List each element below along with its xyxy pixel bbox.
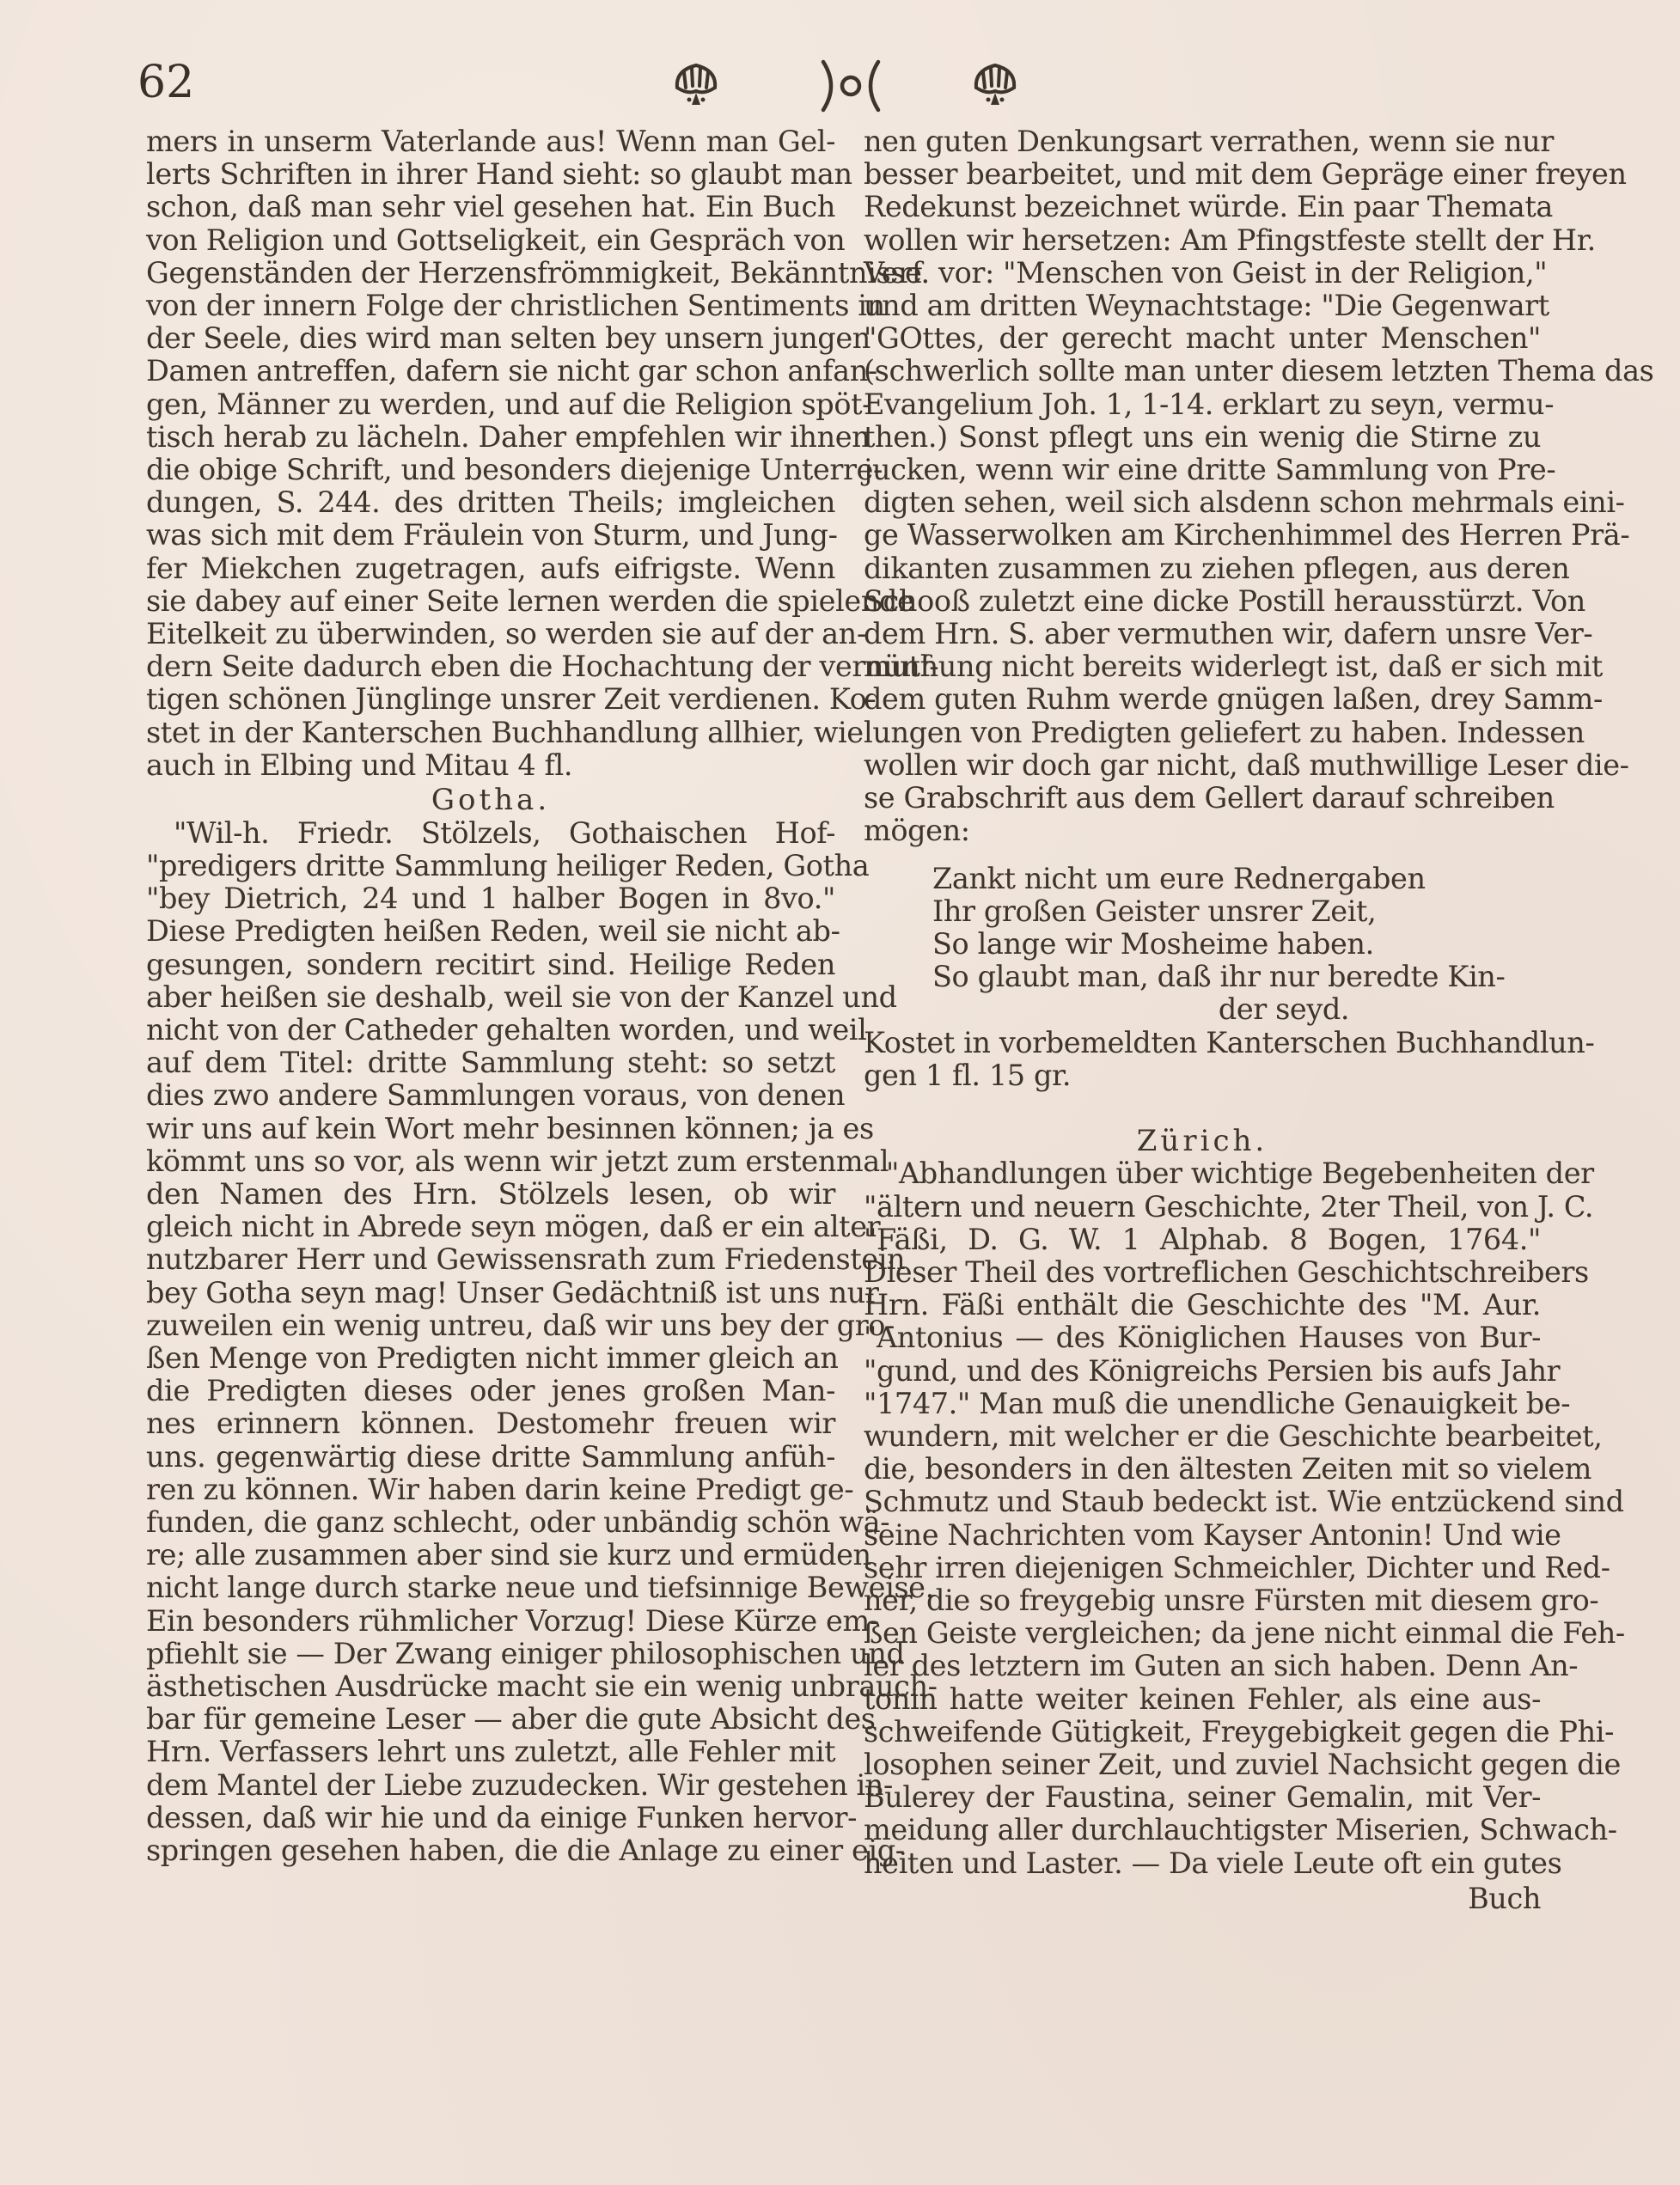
text-line: muthung nicht bereits widerlegt ist, daß… (864, 650, 1541, 684)
text-line: von der innern Folge der christlichen Se… (146, 289, 835, 323)
text-line: schweifende Gütigkeit, Freygebigkeit geg… (864, 1715, 1541, 1749)
text-line: lerts Schriften in ihrer Hand sieht: so … (146, 157, 835, 192)
text-line: "GOttes, der gerecht macht unter Mensche… (864, 321, 1541, 356)
text-line: was sich mit dem Fräulein von Sturm, und… (146, 518, 835, 552)
text-line: gen, Männer zu werden, und auf die Relig… (146, 388, 835, 422)
text-line: dern Seite dadurch eben die Hochachtung … (146, 650, 835, 684)
text-line: dies zwo andere Sammlungen voraus, von d… (146, 1078, 835, 1113)
text-line: seine Nachrichten vom Kayser Antonin! Un… (864, 1518, 1541, 1553)
shell-ornament-icon (670, 58, 722, 110)
text-line: "Wil-h. Friedr. Stölzels, Gothaischen Ho… (146, 816, 835, 851)
text-line: die obige Schrift, und besonders diejeni… (146, 453, 835, 487)
text-line: tigen schönen Jünglinge unsrer Zeit verd… (146, 682, 835, 717)
center-ornament-icon (816, 58, 885, 113)
text-line: bey Gotha seyn mag! Unser Gedächtniß ist… (146, 1276, 835, 1310)
text-line: nicht lange durch starke neue und tiefsi… (146, 1571, 835, 1605)
text-line: ren zu können. Wir haben darin keine Pre… (146, 1473, 835, 1507)
text-line: springen gesehen haben, die die Anlage z… (146, 1834, 835, 1868)
text-line: digten sehen, weil sich alsdenn schon me… (864, 485, 1541, 520)
verse-line: Ihr großen Geister unsrer Zeit, (932, 894, 1541, 929)
text-line: wundern, mit welcher er die Geschichte b… (864, 1419, 1541, 1454)
text-line: bar für gemeine Leser — aber die gute Ab… (146, 1702, 835, 1736)
text-line: fer Miekchen zugetragen, aufs eifrigste.… (146, 552, 835, 586)
text-line: "ältern und neuern Geschichte, 2ter Thei… (864, 1190, 1541, 1224)
text-line: ge Wasserwolken am Kirchenhimmel des Her… (864, 518, 1541, 552)
catchword: Buch (864, 1882, 1541, 1916)
text-line: die, besonders in den ältesten Zeiten mi… (864, 1452, 1541, 1486)
text-line: then.) Sonst pflegt uns ein wenig die St… (864, 420, 1541, 455)
text-line: funden, die ganz schlecht, oder unbändig… (146, 1505, 835, 1540)
text-line: Hrn. Fäßi enthält die Geschichte des "M.… (864, 1288, 1541, 1322)
text-line: tonin hatte weiter keinen Fehler, als ei… (864, 1682, 1541, 1717)
text-line: "Abhandlungen über wichtige Begebenheite… (864, 1157, 1541, 1191)
text-line: den Namen des Hrn. Stölzels lesen, ob wi… (146, 1177, 835, 1212)
text-line: "Fäßi, D. G. W. 1 Alphab. 8 Bogen, 1764.… (864, 1223, 1541, 1257)
text-line: sie dabey auf einer Seite lernen werden … (146, 584, 835, 619)
text-line: Schooß zuletzt eine dicke Postill heraus… (864, 584, 1541, 619)
text-line: Diese Predigten heißen Reden, weil sie n… (146, 914, 835, 949)
text-line: losophen seiner Zeit, und zuviel Nachsic… (864, 1748, 1541, 1782)
section-heading-zurich: Zürich. (864, 1124, 1541, 1158)
text-line (146, 1866, 835, 1901)
text-line: kömmt uns so vor, als wenn wir jetzt zum… (146, 1144, 835, 1179)
text-line: dem guten Ruhm werde gnügen laßen, drey … (864, 682, 1541, 717)
text-line: dem Mantel der Liebe zuzudecken. Wir ges… (146, 1768, 835, 1803)
text-line: die Predigten dieses oder jenes großen M… (146, 1374, 835, 1408)
text-line: "bey Dietrich, 24 und 1 halber Bogen in … (146, 882, 835, 916)
text-line: und am dritten Weynachtstage: "Die Gegen… (864, 289, 1541, 323)
text-line: Schmutz und Staub bedeckt ist. Wie entzü… (864, 1485, 1541, 1519)
text-line: Kostet in vorbemeldten Kanterschen Buchh… (864, 1026, 1541, 1060)
shell-ornament-icon (969, 58, 1021, 110)
text-line: dessen, daß wir hie und da einige Funken… (146, 1801, 835, 1835)
text-line: Dieser Theil des vortreflichen Geschicht… (864, 1255, 1541, 1290)
text-line: pfiehlt sie — Der Zwang einiger philosop… (146, 1637, 835, 1671)
text-line: nutzbarer Herr und Gewissensrath zum Fri… (146, 1242, 835, 1277)
text-line: nen guten Denkungsart verrathen, wenn si… (864, 125, 1541, 159)
text-line: wollen wir hersetzen: Am Pfingstfeste st… (864, 223, 1541, 258)
text-line: tisch herab zu lächeln. Daher empfehlen … (146, 420, 835, 455)
text-line: der Seele, dies wird man selten bey unse… (146, 321, 835, 356)
text-line: ßen Geiste vergleichen; da jene nicht ei… (864, 1616, 1541, 1651)
text-line: von Religion und Gottseligkeit, ein Gesp… (146, 223, 835, 258)
text-line: wir uns auf kein Wort mehr besinnen könn… (146, 1112, 835, 1146)
text-line: besser bearbeitet, und mit dem Gepräge e… (864, 157, 1541, 192)
text-line: dem Hrn. S. aber vermuthen wir, dafern u… (864, 617, 1541, 651)
verse-line: der seyd. (1027, 992, 1541, 1027)
text-line: (schwerlich sollte man unter diesem letz… (864, 354, 1541, 388)
text-line: wollen wir doch gar nicht, daß muthwilli… (864, 748, 1541, 783)
verse-line: Zankt nicht um eure Rednergaben (932, 862, 1541, 896)
text-line: ler des letztern im Guten an sich haben.… (864, 1649, 1541, 1683)
text-line: mers in unserm Vaterlande aus! Wenn man … (146, 125, 835, 159)
text-line: nes erinnern können. Destomehr freuen wi… (146, 1407, 835, 1441)
text-line: Redekunst bezeichnet würde. Ein paar The… (864, 190, 1541, 224)
text-line: zuweilen ein wenig untreu, daß wir uns b… (146, 1309, 835, 1343)
text-line: jucken, wenn wir eine dritte Sammlung vo… (864, 453, 1541, 487)
text-line: heiten und Laster. — Da viele Leute oft … (864, 1846, 1541, 1881)
text-line: ner, die so freygebig unsre Fürsten mit … (864, 1584, 1541, 1618)
verse-line: So lange wir Mosheime haben. (932, 927, 1541, 961)
header-ornament (653, 58, 1023, 119)
text-line: gleich nicht in Abrede seyn mögen, daß e… (146, 1210, 835, 1244)
text-line: ßen Menge von Predigten nicht immer glei… (146, 1341, 835, 1376)
text-line: auf dem Titel: dritte Sammlung steht: so… (146, 1046, 835, 1080)
text-line: sehr irren diejenigen Schmeichler, Dicht… (864, 1551, 1541, 1585)
text-line: gen 1 fl. 15 gr. (864, 1059, 1541, 1093)
text-line: dikanten zusammen zu ziehen pflegen, aus… (864, 552, 1541, 586)
verse-line: So glaubt man, daß ihr nur beredte Kin- (932, 960, 1541, 994)
text-line: "Antonius — des Königlichen Hauses von B… (864, 1321, 1541, 1355)
text-line: Verf. vor: "Menschen von Geist in der Re… (864, 256, 1541, 290)
text-line: schon, daß man sehr viel gesehen hat. Ei… (146, 190, 835, 224)
text-line: Gegenständen der Herzensfrömmigkeit, Bek… (146, 256, 835, 290)
text-line: Evangelium Joh. 1, 1-14. erklart zu seyn… (864, 388, 1541, 422)
text-line: Bulerey der Faustina, seiner Gemalin, mi… (864, 1780, 1541, 1815)
text-line: Hrn. Verfassers lehrt uns zuletzt, alle … (146, 1735, 835, 1769)
text-line: "predigers dritte Sammlung heiliger Rede… (146, 849, 835, 883)
text-line: uns. gegenwärtig diese dritte Sammlung a… (146, 1440, 835, 1474)
text-line: "1747." Man muß die unendliche Genauigke… (864, 1387, 1541, 1421)
text-line: Damen antreffen, dafern sie nicht gar sc… (146, 354, 835, 388)
text-line: lungen von Predigten geliefert zu haben.… (864, 716, 1541, 750)
text-line: "gund, und des Königreichs Persien bis a… (864, 1354, 1541, 1389)
text-line: aber heißen sie deshalb, weil sie von de… (146, 980, 835, 1015)
section-heading-gotha: Gotha. (146, 783, 835, 817)
text-line: Eitelkeit zu überwinden, so werden sie a… (146, 617, 835, 651)
text-line: se Grabschrift aus dem Gellert darauf sc… (864, 781, 1541, 815)
text-line: stet in der Kanterschen Buchhandlung all… (146, 716, 835, 750)
book-page: 62 (0, 0, 1680, 2185)
text-line: gesungen, sondern recitirt sind. Heilige… (146, 948, 835, 982)
text-line: mögen: (864, 814, 1541, 848)
page-number: 62 (137, 60, 194, 105)
text-line: meidung aller durchlauchtigster Miserien… (864, 1813, 1541, 1847)
text-line: Ein besonders rühmlicher Vorzug! Diese K… (146, 1604, 835, 1639)
text-line: re; alle zusammen aber sind sie kurz und… (146, 1538, 835, 1572)
text-line: auch in Elbing und Mitau 4 fl. (146, 748, 835, 783)
text-line: dungen, S. 244. des dritten Theils; imgl… (146, 485, 835, 520)
text-line: ästhetischen Ausdrücke macht sie ein wen… (146, 1669, 835, 1704)
text-line: nicht von der Catheder gehalten worden, … (146, 1013, 835, 1047)
